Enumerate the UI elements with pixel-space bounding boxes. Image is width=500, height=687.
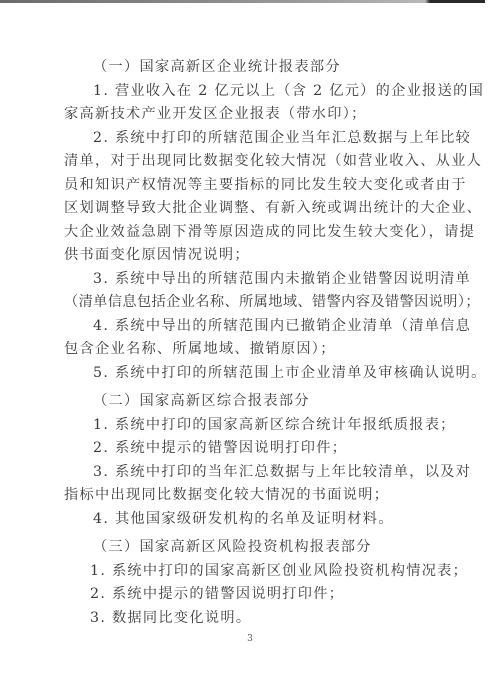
- section-1-line: 4. 系统中导出的所辖范围内已撤销企业清单（清单信息: [64, 315, 412, 339]
- section-heading-1: （一）国家高新区企业统计报表部分: [64, 56, 412, 80]
- section-3-line: 2. 系统中提示的错警因说明打印件；: [64, 583, 412, 607]
- section-1-line: 供书面变化原因情况说明；: [64, 244, 412, 268]
- section-1-line: 5. 系统中打印的所辖范围上市企业清单及审核确认说明。: [64, 362, 412, 386]
- section-1-line: 区划调整导致大批企业调整、有新入统或调出统计的大企业、: [64, 197, 412, 221]
- section-1-line: 1. 营业收入在 2 亿元以上（含 2 亿元）的企业报送的国: [64, 80, 412, 104]
- section-2-line: 2. 系统中提示的错警因说明打印件；: [64, 437, 412, 461]
- section-3-line: 1. 系统中打印的国家高新区创业风险投资机构情况表；: [64, 560, 412, 584]
- section-1-line: 家高新技术产业开发区企业报表（带水印）；: [64, 103, 412, 127]
- section-1-line: 清单，对于出现同比数据变化较大情况（如营业收入、从业人: [64, 150, 412, 174]
- section-2-line: 指标中出现同比数据变化较大情况的书面说明；: [64, 484, 412, 508]
- section-2-line: 4. 其他国家级研发机构的名单及证明材料。: [64, 508, 412, 532]
- section-2-line: 3. 系统中打印的当年汇总数据与上年比较清单，以及对: [64, 461, 412, 485]
- section-2-line: 1. 系统中打印的国家高新区综合统计年报纸质报表；: [64, 414, 412, 438]
- section-1-line: 大企业效益急剧下滑等原因造成的同比发生较大变化），请提: [64, 221, 412, 245]
- scan-top-edge: [0, 0, 500, 3]
- section-heading-3: （三）国家高新区风险投资机构报表部分: [64, 536, 412, 560]
- section-3-line: 3. 数据同比变化说明。: [64, 607, 412, 631]
- section-1-line: 包含企业名称、所属地域、撤销原因）；: [64, 338, 412, 362]
- section-1-line: 员和知识产权情况等主要指标的同比发生较大变化或者由于: [64, 174, 412, 198]
- section-heading-2: （二）国家高新区综合报表部分: [64, 390, 412, 414]
- section-1-line: 2. 系统中打印的所辖范围企业当年汇总数据与上年比较: [64, 127, 412, 151]
- page-number: 3: [0, 634, 500, 644]
- document-page: （一）国家高新区企业统计报表部分 1. 营业收入在 2 亿元以上（含 2 亿元）…: [64, 56, 412, 630]
- section-1-line: （清单信息包括企业名称、所属地域、错警内容及错警因说明）；: [64, 291, 412, 315]
- section-1-line: 3. 系统中导出的所辖范围内未撤销企业错警因说明清单: [64, 268, 412, 292]
